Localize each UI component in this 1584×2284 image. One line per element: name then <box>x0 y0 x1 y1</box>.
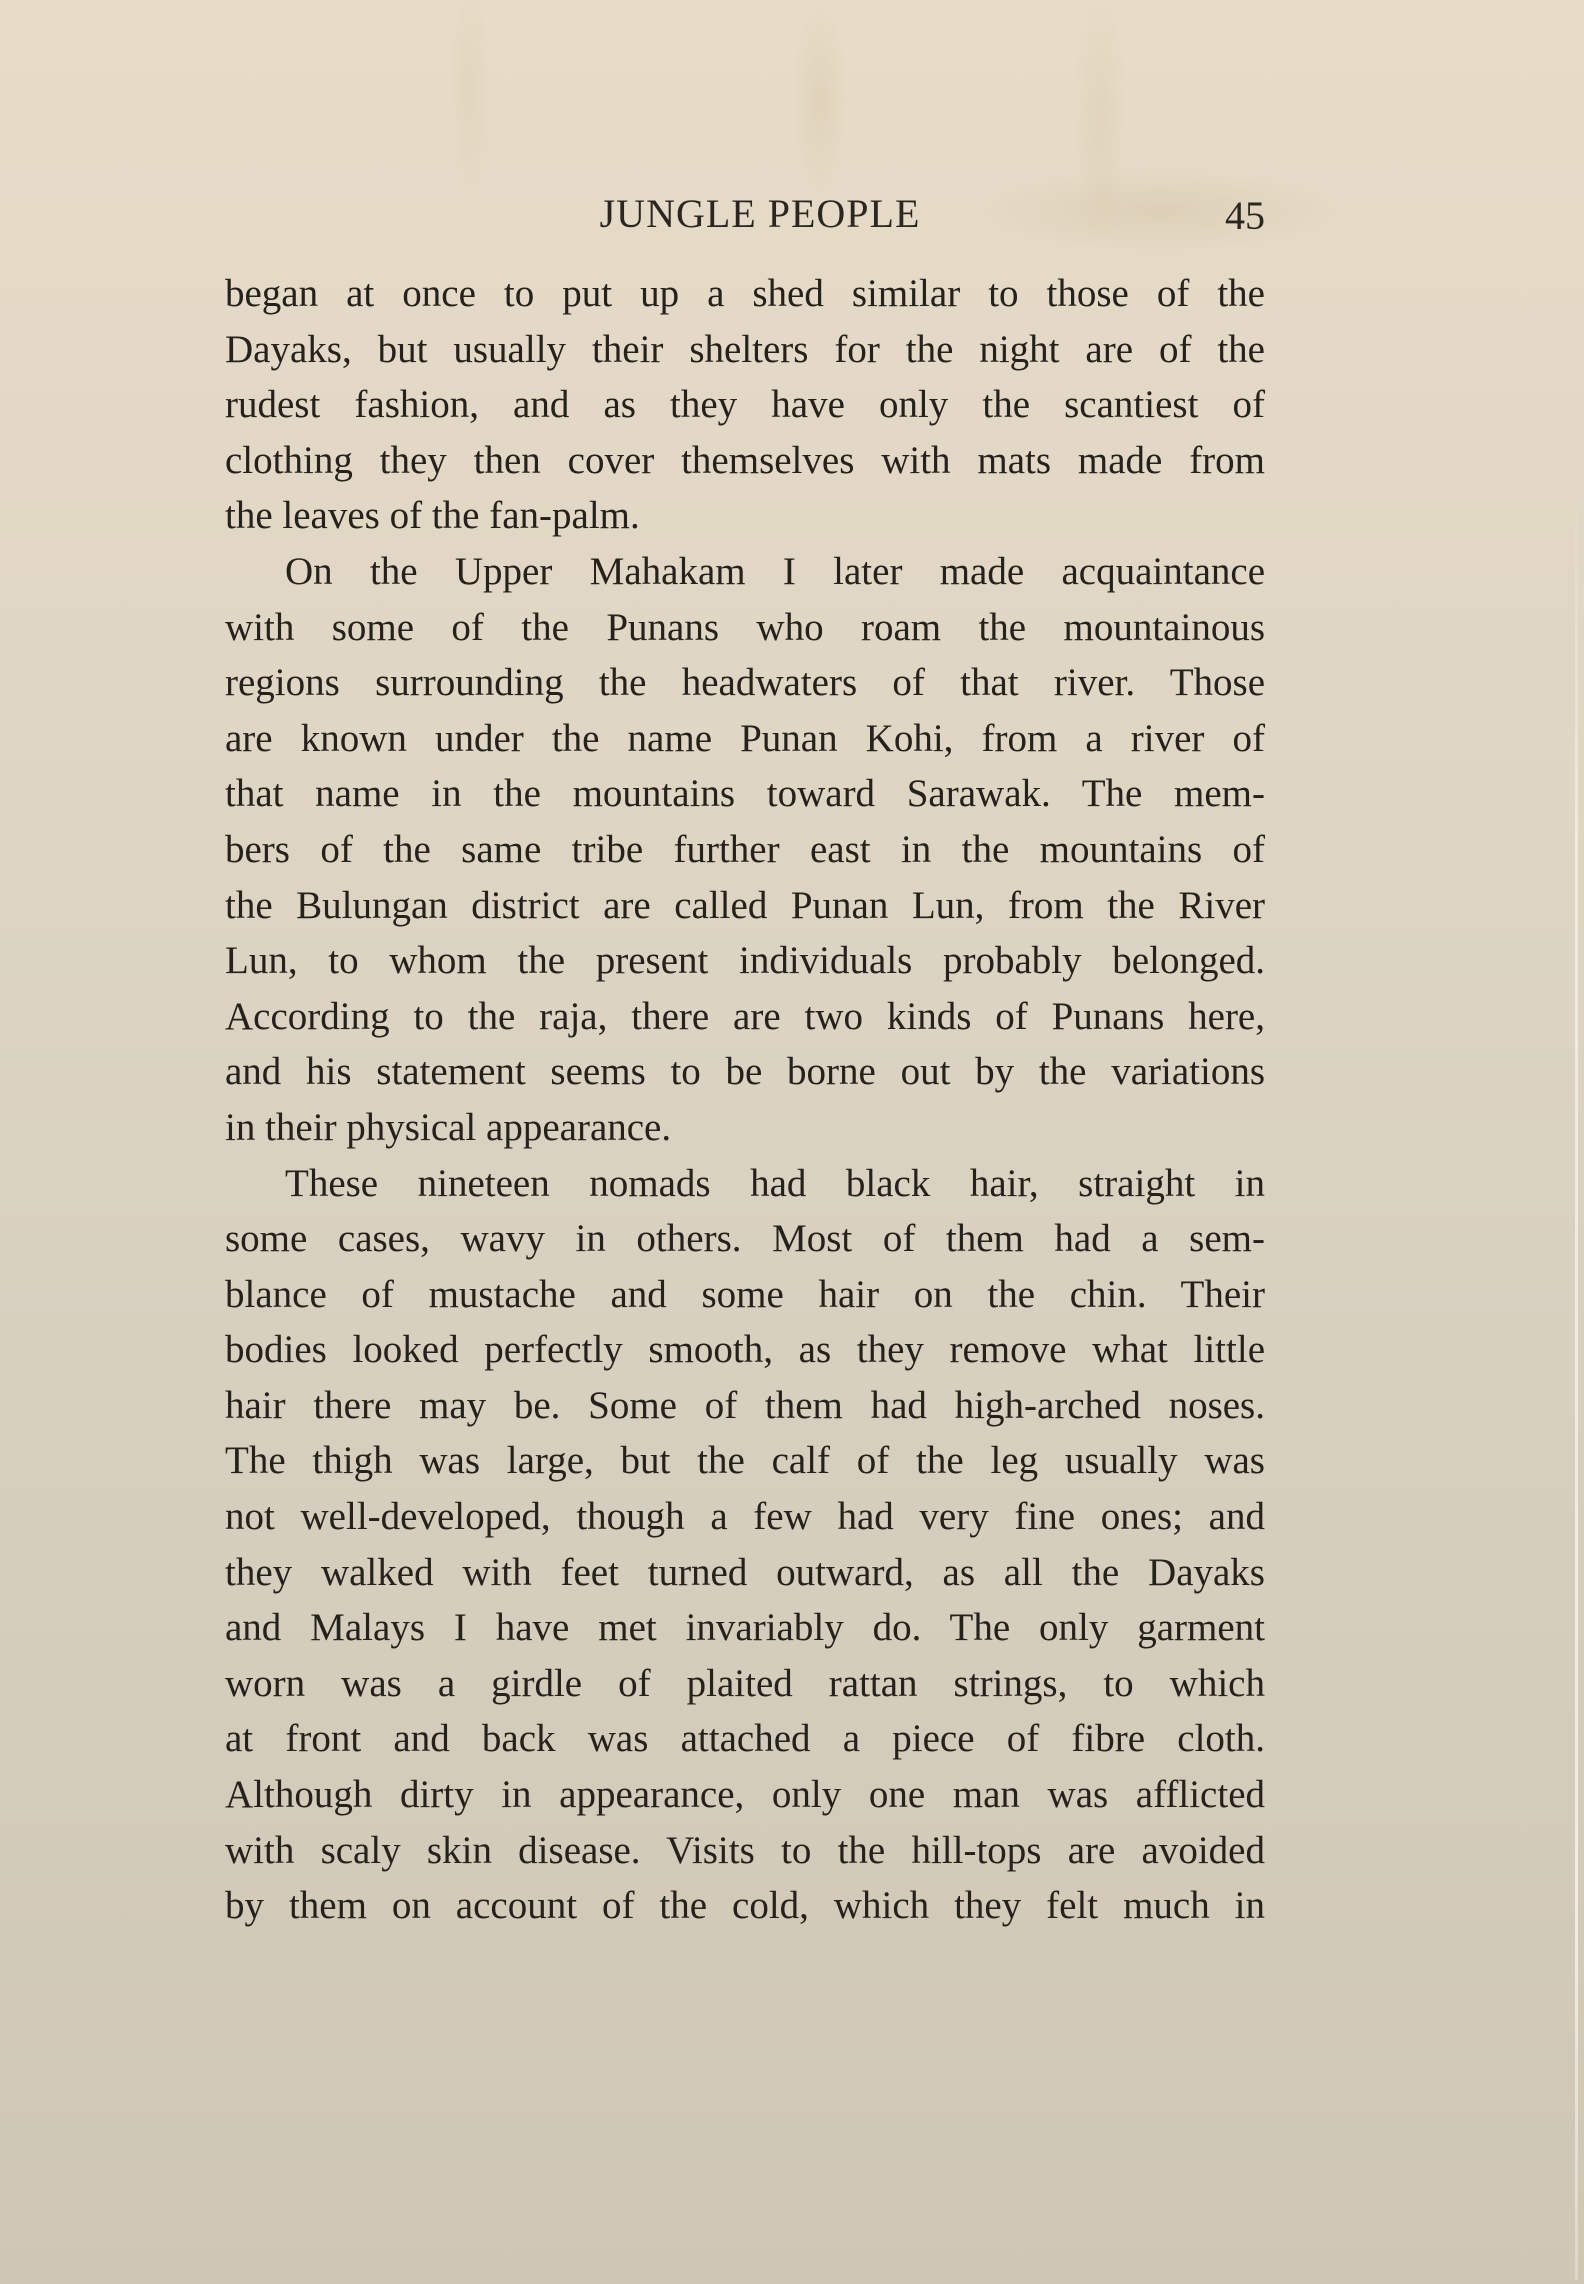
page-number: 45 <box>1225 192 1265 239</box>
text-line: the leaves of the fan-palm. <box>225 488 1265 544</box>
text-line: regions surrounding the headwaters of th… <box>225 655 1265 711</box>
text-line: Dayaks, but usually their shelters for t… <box>225 322 1265 378</box>
paragraph: These nineteen nomads had black hair, st… <box>225 1156 1265 1934</box>
text-line: they walked with feet turned outward, as… <box>225 1545 1265 1601</box>
text-line: hair there may be. Some of them had high… <box>225 1378 1265 1434</box>
text-line: blance of mustache and some hair on the … <box>225 1267 1265 1323</box>
body-text: began at once to put up a shed similar t… <box>225 266 1265 1934</box>
text-line: at front and back was attached a piece o… <box>225 1711 1265 1767</box>
text-line: worn was a girdle of plaited rattan stri… <box>225 1656 1265 1712</box>
running-head: JUNGLE PEOPLE 45 <box>225 190 1265 250</box>
text-line: began at once to put up a shed similar t… <box>225 266 1265 322</box>
text-line: and Malays I have met invariably do. The… <box>225 1600 1265 1656</box>
text-line: with scaly skin disease. Visits to the h… <box>225 1823 1265 1879</box>
paragraph: On the Upper Mahakam I later made acquai… <box>225 544 1265 1156</box>
text-line: the Bulungan district are called Punan L… <box>225 878 1265 934</box>
text-line: are known under the name Punan Kohi, fro… <box>225 711 1265 767</box>
text-line: These nineteen nomads had black hair, st… <box>225 1156 1265 1212</box>
book-page: JUNGLE PEOPLE 45 began at once to put up… <box>0 0 1584 2284</box>
text-line: with some of the Punans who roam the mou… <box>225 600 1265 656</box>
text-line: rudest fashion, and as they have only th… <box>225 377 1265 433</box>
text-line: that name in the mountains toward Sarawa… <box>225 766 1265 822</box>
text-line: and his statement seems to be borne out … <box>225 1044 1265 1100</box>
text-line: not well-developed, though a few had ver… <box>225 1489 1265 1545</box>
text-line: The thigh was large, but the calf of the… <box>225 1433 1265 1489</box>
text-line: On the Upper Mahakam I later made acquai… <box>225 544 1265 600</box>
text-line: bodies looked perfectly smooth, as they … <box>225 1322 1265 1378</box>
text-line: clothing they then cover themselves with… <box>225 433 1265 489</box>
paragraph: began at once to put up a shed similar t… <box>225 266 1265 544</box>
text-line: by them on account of the cold, which th… <box>225 1878 1265 1934</box>
text-line: Although dirty in appearance, only one m… <box>225 1767 1265 1823</box>
text-line: bers of the same tribe further east in t… <box>225 822 1265 878</box>
page-edge <box>1575 480 1578 2280</box>
text-line: Lun, to whom the present individuals pro… <box>225 933 1265 989</box>
text-line: some cases, wavy in others. Most of them… <box>225 1211 1265 1267</box>
running-title: JUNGLE PEOPLE <box>225 190 1265 237</box>
text-line: in their physical appearance. <box>225 1100 1265 1156</box>
text-line: According to the raja, there are two kin… <box>225 989 1265 1045</box>
